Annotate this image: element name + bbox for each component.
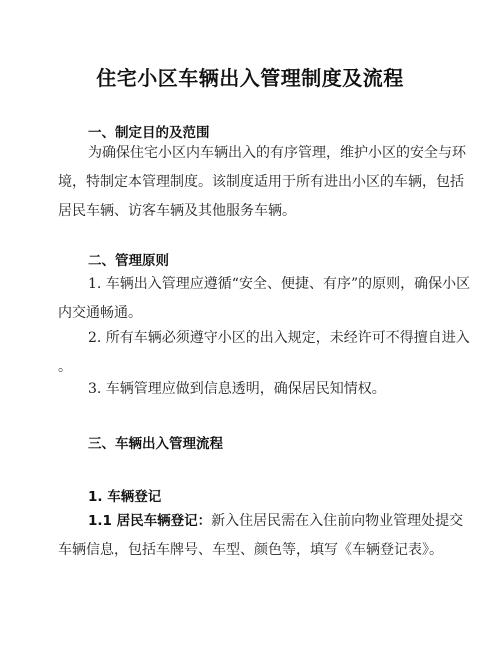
paragraph-purpose: 为确保住宅小区内车辆出入的有序管理，维护小区的安全与环 境，特制定本管理制度。该… [58, 139, 448, 226]
section-heading-principles: 二、管理原则 [88, 249, 169, 269]
subheading-vehicle-registration: 1. 车辆登记 [88, 485, 161, 505]
text-line: 境，特制定本管理制度。该制度适用于所有进出小区的车辆，包括 [58, 168, 448, 197]
text-line: 为确保住宅小区内车辆出入的有序管理，维护小区的安全与环 [58, 139, 448, 168]
section-heading-purpose: 一、制定目的及范围 [88, 121, 210, 141]
text-line: 1. 车辆出入管理应遵循“安全、便捷、有序”的原则，确保小区 [58, 270, 448, 299]
text-line: 居民车辆、访客车辆及其他服务车辆。 [58, 197, 448, 226]
paragraph-resident-registration: 1.1 居民车辆登记：新入住居民需在入住前向物业管理处提交 车辆信息，包括车牌号… [58, 507, 448, 565]
text-line: 3. 车辆管理应做到信息透明，确保居民知情权。 [58, 375, 448, 404]
paragraph-principle-1: 1. 车辆出入管理应遵循“安全、便捷、有序”的原则，确保小区 内交通畅通。 [58, 270, 448, 328]
text-line: 2. 所有车辆必须遵守小区的出入规定，未经许可不得擅自进入 [58, 324, 448, 353]
section-heading-process: 三、车辆出入管理流程 [88, 432, 223, 452]
document-title: 住宅小区车辆出入管理制度及流程 [0, 62, 500, 91]
text-line: 车辆信息，包括车牌号、车型、颜色等，填写《车辆登记表》。 [58, 536, 448, 565]
item-text: 新入住居民需在入住前向物业管理处提交 [211, 513, 463, 529]
paragraph-principle-2: 2. 所有车辆必须遵守小区的出入规定，未经许可不得擅自进入 。 [58, 324, 448, 382]
paragraph-principle-3: 3. 车辆管理应做到信息透明，确保居民知情权。 [58, 375, 448, 404]
text-line: 1.1 居民车辆登记：新入住居民需在入住前向物业管理处提交 [58, 507, 448, 536]
item-label: 1.1 居民车辆登记： [88, 513, 211, 529]
